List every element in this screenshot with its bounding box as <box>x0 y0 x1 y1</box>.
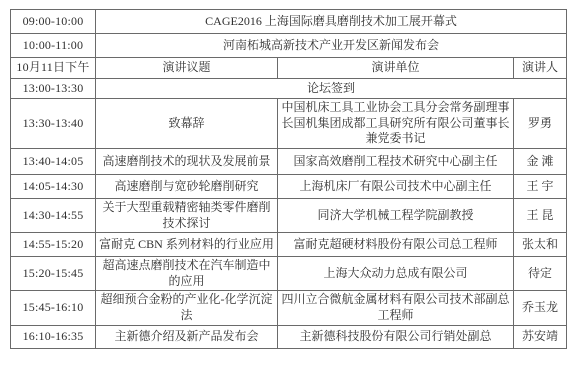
header-speaker-cell: 演讲人 <box>514 58 567 79</box>
speaker-cell: 王 宇 <box>514 175 567 199</box>
time-cell: 10:00-11:00 <box>11 34 96 58</box>
org-cell: 富耐克超硬材料股份有限公司总工程师 <box>278 233 514 257</box>
time-cell: 15:45-16:10 <box>11 291 96 325</box>
org-cell: 同济大学机械工程学院副教授 <box>278 199 514 233</box>
org-cell: 主新德科技股份有限公司行销处副总 <box>278 325 514 348</box>
org-cell: 中国机床工具工业协会工具分会常务副理事长国机集团成都工具研究所有限公司董事长兼党… <box>278 99 514 149</box>
topic-cell: 高速磨削与宽砂轮磨削研究 <box>96 175 278 199</box>
table-row: 15:45-16:10 超细预合金粉的产业化-化学沉淀法 四川立合微航金属材料有… <box>11 291 567 325</box>
table-row: 13:30-13:40 致幕辞 中国机床工具工业协会工具分会常务副理事长国机集团… <box>11 99 567 149</box>
org-cell: 国家高效磨削工程技术研究中心副主任 <box>278 149 514 175</box>
time-cell: 14:55-15:20 <box>11 233 96 257</box>
table-row: 09:00-10:00 CAGE2016 上海国际磨具磨削技术加工展开幕式 <box>11 10 567 34</box>
header-topic-cell: 演讲议题 <box>96 58 278 79</box>
table-row: 14:05-14:30 高速磨削与宽砂轮磨削研究 上海机床厂有限公司技术中心副主… <box>11 175 567 199</box>
topic-cell: 主新德介绍及新产品发布会 <box>96 325 278 348</box>
speaker-cell: 乔玉龙 <box>514 291 567 325</box>
org-cell: 上海机床厂有限公司技术中心副主任 <box>278 175 514 199</box>
topic-cell: 致幕辞 <box>96 99 278 149</box>
conference-agenda-table: 09:00-10:00 CAGE2016 上海国际磨具磨削技术加工展开幕式 10… <box>10 9 567 349</box>
table-row: 10:00-11:00 河南柘城高新技术产业开发区新闻发布会 <box>11 34 567 58</box>
speaker-cell: 张太和 <box>514 233 567 257</box>
time-cell: 14:30-14:55 <box>11 199 96 233</box>
speaker-cell: 苏安靖 <box>514 325 567 348</box>
speaker-cell: 罗勇 <box>514 99 567 149</box>
table-row: 13:40-14:05 高速磨削技术的现状及发展前景 国家高效磨削工程技术研究中… <box>11 149 567 175</box>
time-cell: 09:00-10:00 <box>11 10 96 34</box>
org-cell: 上海大众动力总成有限公司 <box>278 257 514 291</box>
topic-cell: 超高速点磨削技术在汽车制造中的应用 <box>96 257 278 291</box>
event-cell: 论坛签到 <box>96 79 567 99</box>
table-row: 14:30-14:55 关于大型重载精密轴类零件磨削技术探讨 同济大学机械工程学… <box>11 199 567 233</box>
time-cell: 13:00-13:30 <box>11 79 96 99</box>
table-row: 13:00-13:30 论坛签到 <box>11 79 567 99</box>
time-cell: 13:40-14:05 <box>11 149 96 175</box>
event-cell: 河南柘城高新技术产业开发区新闻发布会 <box>96 34 567 58</box>
topic-cell: 富耐克 CBN 系列材料的行业应用 <box>96 233 278 257</box>
topic-cell: 超细预合金粉的产业化-化学沉淀法 <box>96 291 278 325</box>
time-cell: 13:30-13:40 <box>11 99 96 149</box>
table-row: 15:20-15:45 超高速点磨削技术在汽车制造中的应用 上海大众动力总成有限… <box>11 257 567 291</box>
speaker-cell: 金 滩 <box>514 149 567 175</box>
time-cell: 16:10-16:35 <box>11 325 96 348</box>
table-row: 16:10-16:35 主新德介绍及新产品发布会 主新德科技股份有限公司行销处副… <box>11 325 567 348</box>
time-cell: 14:05-14:30 <box>11 175 96 199</box>
topic-cell: 高速磨削技术的现状及发展前景 <box>96 149 278 175</box>
org-cell: 四川立合微航金属材料有限公司技术部副总工程师 <box>278 291 514 325</box>
header-date-cell: 10月11日下午 <box>11 58 96 79</box>
table-row: 14:55-15:20 富耐克 CBN 系列材料的行业应用 富耐克超硬材料股份有… <box>11 233 567 257</box>
topic-cell: 关于大型重载精密轴类零件磨削技术探讨 <box>96 199 278 233</box>
speaker-cell: 待定 <box>514 257 567 291</box>
table-header-row: 10月11日下午 演讲议题 演讲单位 演讲人 <box>11 58 567 79</box>
event-cell: CAGE2016 上海国际磨具磨削技术加工展开幕式 <box>96 10 567 34</box>
speaker-cell: 王 昆 <box>514 199 567 233</box>
time-cell: 15:20-15:45 <box>11 257 96 291</box>
header-org-cell: 演讲单位 <box>278 58 514 79</box>
